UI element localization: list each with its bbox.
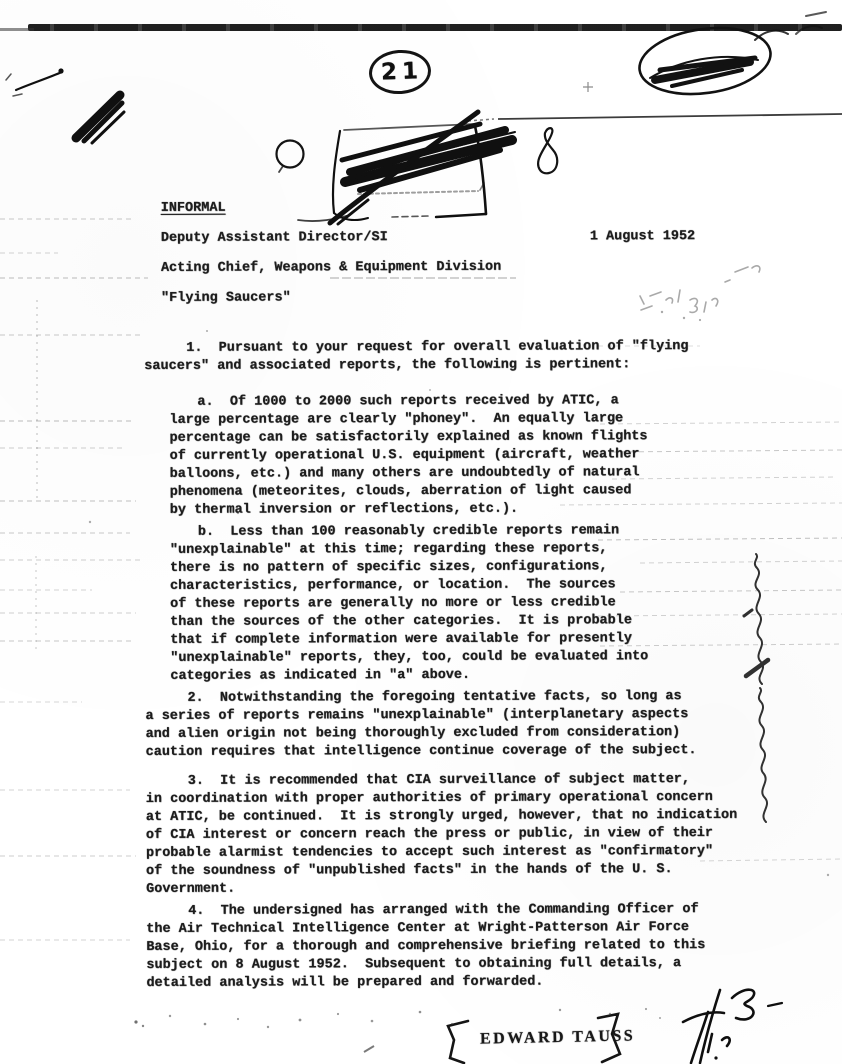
droplet-doodle <box>538 128 557 173</box>
memo-paragraph-a: a. Of 1000 to 2000 such reports received… <box>169 392 669 520</box>
ink-mark-bottom-right <box>683 990 782 1063</box>
pencil-marginalia <box>640 266 760 321</box>
redaction-oval-scribble <box>635 12 826 102</box>
memo-classification: INFORMAL <box>161 200 226 218</box>
memo-subject: "Flying Saucers" <box>161 289 291 307</box>
memo-paragraph-2: 2. Notwithstanding the foregoing tentati… <box>145 688 825 762</box>
signature-bracket-left <box>448 1021 468 1063</box>
memo-paragraph-3: 3. It is recommended that CIA surveillan… <box>146 771 826 899</box>
scan-speck-tick <box>364 1046 374 1052</box>
circle-doodle <box>277 141 304 173</box>
memo-paragraph-4: 4. The undersigned has arranged with the… <box>146 901 826 993</box>
stamp-box-scribble <box>298 112 515 224</box>
memo-addressee-1: Deputy Assistant Director/SI <box>161 229 388 248</box>
scanned-memo-page: 21 INFORMAL Deputy Assistant Director/SI… <box>0 0 842 1064</box>
memo-paragraph-b: b. Less than 100 reasonably credible rep… <box>170 522 671 686</box>
pen-slash-top-left <box>6 68 124 143</box>
page-number: 21 <box>381 58 424 85</box>
signature-stamp: EDWARD TAUSS <box>480 1027 636 1048</box>
memo-addressee-2: Acting Chief, Weapons & Equipment Divisi… <box>161 259 501 278</box>
memo-paragraph-1: 1. Pursuant to your request for overall … <box>144 338 824 376</box>
memo-date: 1 August 1952 <box>590 228 695 246</box>
